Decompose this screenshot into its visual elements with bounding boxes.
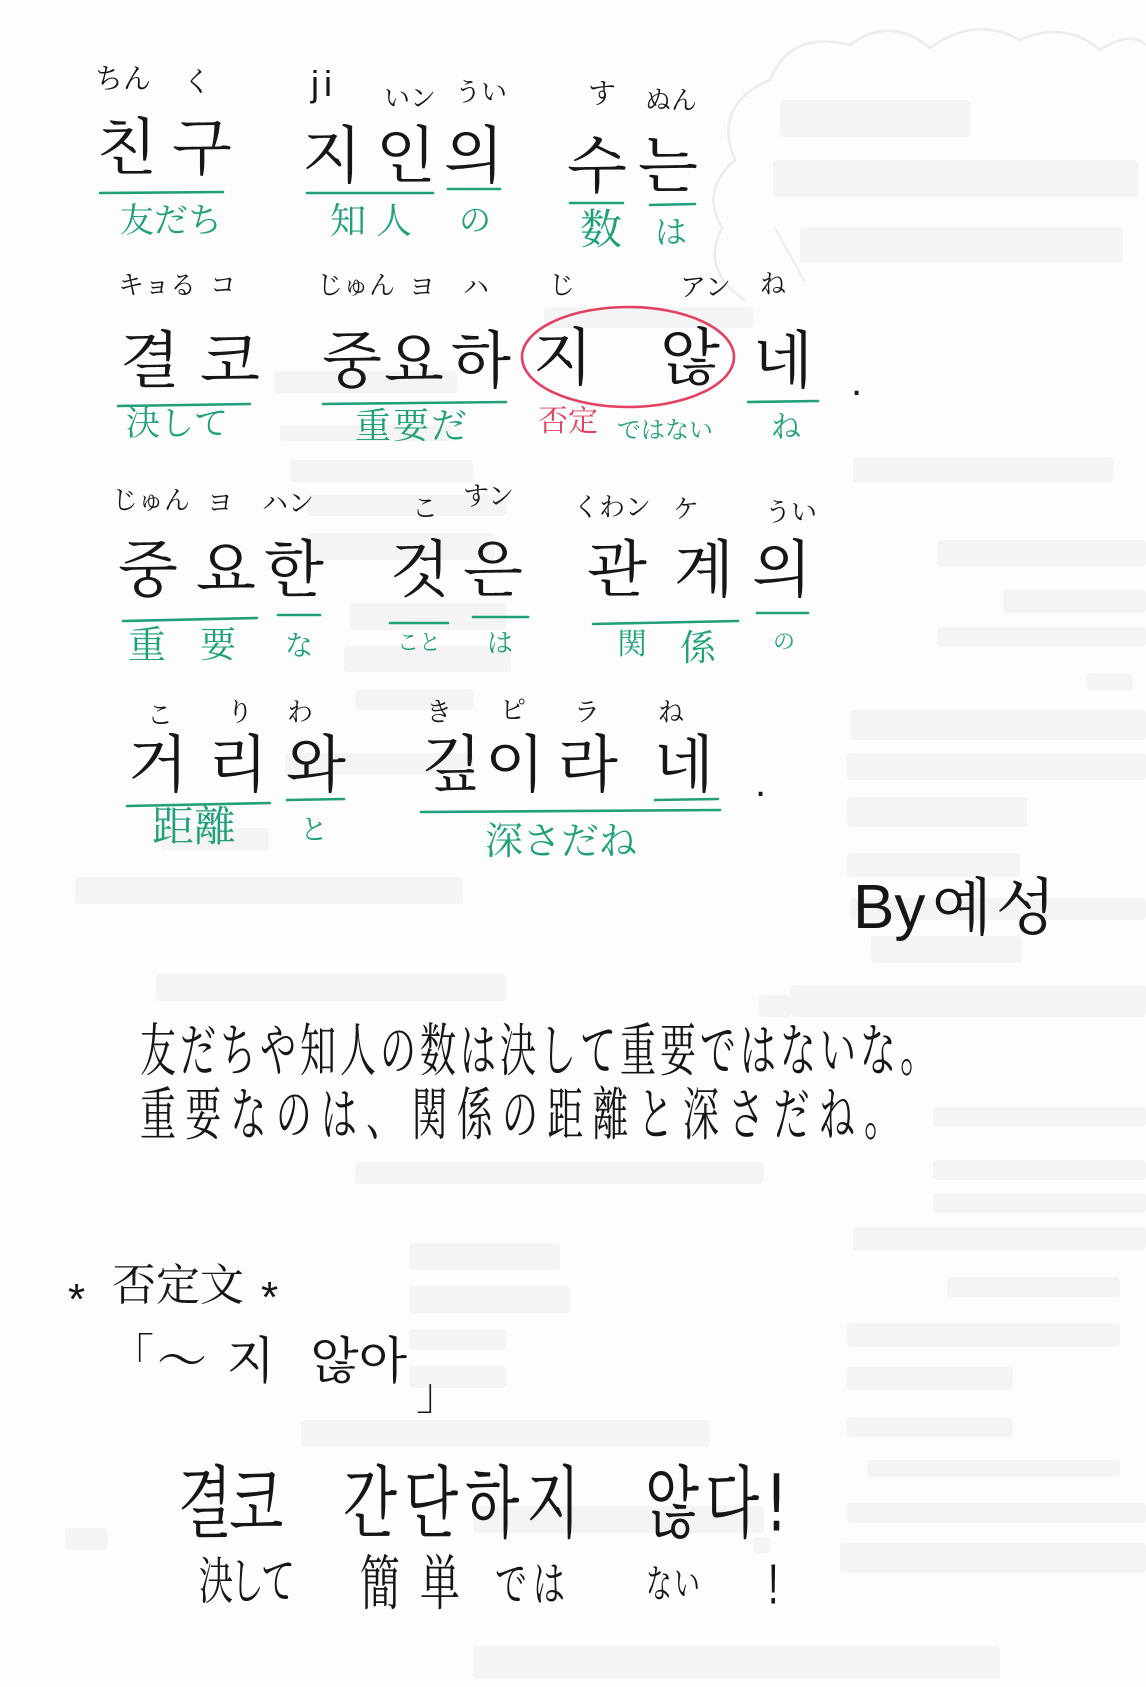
korean-syllable: 이 — [484, 734, 546, 796]
bleed-row — [937, 540, 1146, 567]
bleed-row — [933, 1193, 1146, 1213]
bleed-row — [773, 160, 1138, 197]
korean-syllable: 의 — [751, 539, 813, 601]
bleed-row — [290, 460, 473, 482]
bleed-row — [847, 1417, 1013, 1437]
japanese-gloss: 距離 — [152, 806, 236, 848]
pronunciation-reading: ハ — [463, 275, 489, 301]
korean-syllable: 결 — [119, 330, 181, 392]
korean-syllable: 지 — [532, 327, 594, 389]
signature-name: 예성 — [932, 877, 1060, 939]
gloss-underline — [123, 618, 257, 621]
korean-syllable: 중 — [321, 330, 383, 392]
pronunciation-reading: いン — [384, 86, 436, 112]
translation-line: 友だちや知人の数は決して重要ではないな。 — [140, 1024, 936, 1082]
korean-syllable: 지 — [301, 125, 363, 187]
pronunciation-reading: ね — [658, 700, 684, 726]
pronunciation-reading: キョる — [118, 273, 196, 299]
japanese-gloss: 係 — [680, 631, 716, 667]
pronunciation-reading: じ — [549, 273, 575, 299]
korean-syllable: 것 — [389, 539, 451, 601]
pronunciation-reading: ji — [311, 66, 337, 102]
japanese-gloss: こと — [397, 633, 441, 655]
bleed-row — [847, 753, 1146, 780]
asterisk-mark: * — [261, 1276, 278, 1320]
gloss-underline — [650, 204, 695, 205]
gloss-underline — [421, 810, 720, 812]
bleed-row — [933, 1160, 1146, 1180]
korean-syllable: 구 — [171, 117, 233, 179]
bleed-row — [850, 710, 1146, 740]
bleed-row — [301, 1420, 710, 1447]
bleed-row — [847, 1503, 1146, 1523]
pronunciation-reading: うい — [765, 500, 817, 526]
bleed-row — [409, 1243, 560, 1270]
korean-syllable: 중 — [117, 539, 179, 601]
signature-prefix: By — [853, 877, 925, 939]
bleed-row — [847, 1367, 1013, 1390]
bleed-row — [853, 457, 1113, 482]
gloss-underline — [593, 621, 738, 624]
bleed-row — [780, 100, 970, 137]
bleed-row — [847, 797, 1027, 827]
bleed-row — [791, 985, 1146, 1017]
korean-syllable: 하 — [450, 330, 512, 392]
korean-syllable: 인 — [375, 125, 437, 187]
bleed-row — [867, 1460, 1120, 1477]
korean-syllable: 는 — [637, 135, 699, 197]
bleed-row — [409, 1329, 506, 1350]
example-japanese-segment: 簡単 — [360, 1555, 480, 1615]
bleed-row — [473, 1646, 1000, 1679]
korean-syllable: 요 — [383, 330, 445, 392]
japanese-gloss: 要 — [200, 628, 236, 664]
japanese-gloss: ね — [771, 413, 801, 443]
pronunciation-reading: ハン — [262, 491, 314, 517]
korean-syllable: 수 — [566, 135, 628, 197]
korean-syllable: 네 — [653, 734, 715, 796]
korean-syllable: 한 — [263, 539, 325, 601]
korean-syllable: 코 — [199, 330, 261, 392]
bleed-cloud-outline — [714, 29, 1146, 300]
pattern-close-bracket: 」 — [416, 1373, 460, 1417]
korean-syllable: 관 — [586, 539, 648, 601]
bleed-row — [409, 1286, 570, 1313]
korean-syllable: 거 — [127, 734, 189, 796]
example-japanese-segment: ! — [768, 1557, 779, 1614]
pronunciation-reading: く — [183, 68, 211, 96]
bleed-row — [840, 1543, 1146, 1573]
pronunciation-reading: す — [588, 80, 616, 108]
japanese-gloss: 友だち — [120, 204, 222, 238]
grammar-heading: 否定文 — [112, 1264, 244, 1308]
bleed-row — [759, 995, 791, 1017]
japanese-gloss: の — [773, 632, 795, 654]
pronunciation-reading: こ — [412, 496, 438, 522]
korean-syllable: 의 — [443, 125, 505, 187]
korean-syllable: 와 — [285, 734, 347, 796]
korean-syllable: 않 — [659, 327, 721, 389]
bleed-row — [847, 1323, 1120, 1347]
bleed-row — [1003, 590, 1146, 613]
pronunciation-reading: じゅん — [317, 273, 395, 299]
gloss-underline — [100, 192, 223, 193]
japanese-gloss: な — [285, 632, 313, 660]
korean-syllable: 라 — [557, 734, 619, 796]
bleed-row — [75, 877, 463, 904]
korean-syllable: 계 — [673, 539, 735, 601]
gloss-underline — [748, 401, 818, 402]
sentence-period: . — [755, 763, 766, 803]
pronunciation-reading: じゅん — [112, 488, 190, 514]
bleed-row — [800, 227, 1123, 263]
japanese-gloss: 重要だ — [355, 409, 469, 445]
pronunciation-reading: コ — [210, 273, 236, 299]
bleed-row — [853, 1227, 1146, 1250]
pronunciation-reading: わ — [287, 700, 313, 726]
pronunciation-reading: ちん — [95, 65, 151, 93]
japanese-gloss: 重 — [128, 626, 166, 664]
pronunciation-reading: ヨ — [207, 491, 233, 517]
korean-syllable: 친 — [96, 117, 158, 179]
pronunciation-reading: ヨ — [409, 275, 435, 301]
bleed-row — [1087, 673, 1133, 690]
grammar-pattern: 〜지 않아 — [157, 1336, 407, 1386]
gloss-underline — [323, 402, 506, 404]
translation-line: 重要なのは、関係の距離と深さだね。 — [140, 1088, 900, 1146]
korean-syllable: 은 — [462, 539, 524, 601]
notebook-page: ちん く ji いン うい す ぬん 친 구 지 인 의 수 는 友だち 知人 … — [0, 0, 1146, 1687]
japanese-gloss: 決して — [126, 407, 228, 441]
japanese-gloss: と — [300, 816, 328, 844]
pronunciation-reading: アン — [680, 275, 731, 301]
bleed-row — [933, 1107, 1146, 1127]
bleed-row — [65, 1528, 108, 1550]
korean-syllable: 요 — [195, 539, 257, 601]
pronunciation-reading: ケ — [673, 497, 699, 523]
example-korean-segment: 결코 — [178, 1466, 280, 1544]
japanese-gloss: ではない — [617, 418, 713, 442]
bleed-row — [355, 689, 473, 710]
bleed-row — [947, 1277, 1120, 1297]
pronunciation-reading: ね — [760, 272, 786, 298]
example-japanese-segment: では — [495, 1560, 571, 1608]
bleed-row — [350, 603, 506, 630]
japanese-gloss: 関 — [617, 630, 647, 660]
pronunciation-reading: ぬん — [645, 88, 697, 114]
japanese-gloss: 深さだね — [485, 822, 637, 860]
pronunciation-reading: うい — [455, 80, 507, 106]
example-korean-segment: 않다! — [645, 1466, 794, 1544]
sentence-period: . — [851, 362, 862, 402]
example-korean-segment: 간단하지 — [343, 1466, 587, 1544]
pronunciation-reading: くわン — [573, 495, 651, 521]
pronunciation-reading: り — [227, 700, 253, 726]
pronunciation-reading: こ — [147, 703, 173, 729]
pronunciation-reading: ピ — [500, 698, 526, 724]
example-japanese-segment: 決して — [199, 1557, 292, 1608]
korean-syllable: 깊 — [421, 734, 483, 796]
japanese-gloss: 知人 — [330, 204, 422, 240]
japanese-gloss: 数 — [580, 209, 622, 251]
bleed-row — [156, 974, 506, 1001]
pattern-open-bracket: 「 — [110, 1334, 154, 1378]
pronunciation-reading: き — [426, 700, 452, 726]
bleed-row — [937, 627, 1146, 647]
japanese-gloss: の — [459, 204, 491, 236]
negation-label: 否定 — [538, 407, 598, 437]
korean-syllable: 리 — [207, 734, 269, 796]
korean-syllable: 네 — [752, 330, 814, 392]
example-japanese-segment: ない — [646, 1566, 702, 1605]
japanese-gloss: は — [487, 631, 513, 657]
bleed-row — [355, 1162, 764, 1184]
asterisk-mark: * — [68, 1278, 85, 1322]
pronunciation-reading: すン — [463, 484, 514, 510]
pronunciation-reading: ラ — [574, 700, 600, 726]
japanese-gloss: は — [655, 216, 687, 248]
